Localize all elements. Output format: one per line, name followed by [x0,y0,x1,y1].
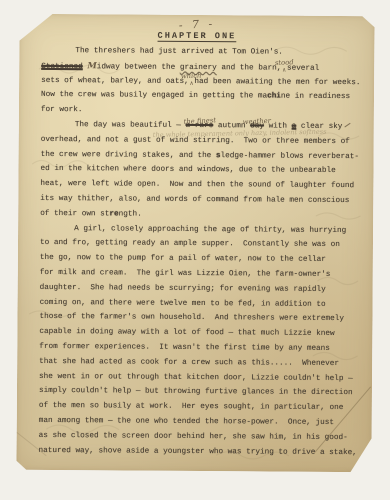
typed-text: as she closed the screen door behind her… [39,432,348,442]
typed-text: ngth. [119,210,142,218]
typed-text: coming on, and there were twelve men to … [40,298,326,308]
typed-text: for milk and cream. The girl was Lizzie … [40,269,331,279]
struck-word: dayweather [250,122,264,130]
typed-text: The threshers had just arrived at Tom Oi… [75,47,283,56]
typed-text: ed in the kitchen where doors and window… [40,165,335,175]
overtyped-text: chi [267,93,281,101]
typed-text: the crew were driving stakes, and the [41,150,216,159]
typed-text: had been awaiting the men for weeks. [194,78,360,87]
typed-text-body: The threshers had just arrived at Tom Oi… [16,44,374,461]
typed-text: from former experiences. It wasn't the f… [39,343,330,353]
scanned-manuscript: - 7 - CHAPTER ONE The threshers had just… [0,0,390,500]
typed-text: with [264,122,292,130]
typed-text: Now the crew was busily engaged in getti… [41,91,267,101]
typed-text: clear sky [296,123,342,131]
typed-text: she went in or out through that kitchen … [39,372,353,382]
typed-text: that she had acted as cook for a crew su… [39,358,339,368]
typed-text: A girl, closely approaching the age of t… [74,225,346,235]
pencil-underlined-word: grainery [180,64,217,72]
page-content: - 7 - CHAPTER ONE The threshers had just… [16,17,374,461]
typed-text: to and fro, getting ready an ample suppe… [40,239,340,249]
typed-text: heat, were left wide open. Now and then … [40,180,354,190]
typed-text: for work. [41,106,83,114]
typed-text: those of the farmer's own household. And… [39,313,344,323]
typed-line: natured way, shove aside a youngster who… [38,443,359,460]
typed-text: capable in doing away with a lot of food… [39,328,334,338]
manuscript-page: - 7 - CHAPTER ONE The threshers had just… [16,14,374,472]
pencil-inserted-letter: M [87,61,96,71]
typed-text: of their own st [40,210,109,218]
typed-text: autumn [213,122,250,130]
typed-text: idway between the [97,63,180,72]
handwritten-note: the finest [183,117,216,125]
typed-text: The day was beautiful — [75,121,186,130]
typed-text: of the men so busily at work. Her eyes s… [39,402,344,412]
typed-text: overhead, and not a gust of wind stirrin… [41,136,350,146]
typed-text: daughter. She had needs be scurrying; fo… [40,284,326,294]
typed-text: its way thither, also, and words of comm… [40,195,349,205]
typed-text: ne in readiness [281,93,350,101]
struck-word: Stationed [41,63,83,71]
typed-text: simply couldn't help — but throwing furt… [39,387,353,397]
typed-text: and the barn, [217,64,282,72]
insertion-point: ∧which [189,78,195,86]
typed-text: the go, now to the pump for a pail of wa… [40,254,326,264]
struck-word: a [292,123,297,131]
typed-text: natured way, shove aside a youngster who… [39,446,357,456]
typed-text: man among them — the one who tended the … [39,417,334,427]
typed-text: sets of wheat, barley, and oats, [41,77,189,86]
typed-text: several [287,64,319,72]
struck-word: a rarethe finest [186,122,214,130]
typed-text: ledge-hammer blows reverberat- [221,152,359,161]
insertion-point: ∧stood [281,64,287,72]
pencil-mark-icon [344,122,351,127]
